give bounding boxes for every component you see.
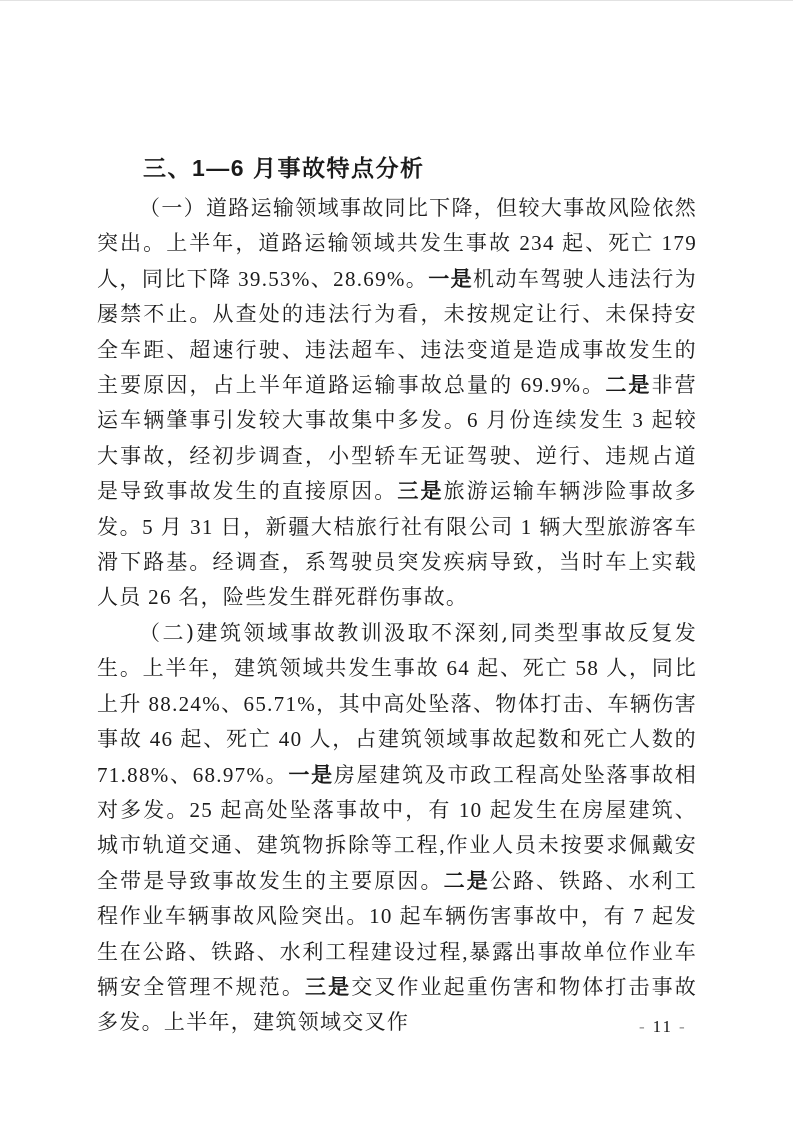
text-segment-bold: 二是: [605, 373, 651, 397]
text-segment-bold: 一是: [288, 763, 333, 787]
page-number-value: 11: [653, 1017, 673, 1036]
document-page: 三、1—6 月事故特点分析 （一）道路运输领域事故同比下降，但较大事故风险依然突…: [0, 0, 793, 1123]
page-number-dash-left: -: [633, 1017, 653, 1036]
section-heading: 三、1—6 月事故特点分析: [97, 145, 697, 191]
paragraph: （一）道路运输领域事故同比下降，但较大事故风险依然突出。上半年，道路运输领域共发…: [97, 191, 697, 616]
page-number-dash-right: -: [673, 1017, 693, 1036]
document-body: （一）道路运输领域事故同比下降，但较大事故风险依然突出。上半年，道路运输领域共发…: [97, 191, 697, 1041]
text-segment-bold: 三是: [305, 975, 351, 999]
text-segment-bold: 二是: [444, 869, 490, 893]
document-content: 三、1—6 月事故特点分析 （一）道路运输领域事故同比下降，但较大事故风险依然突…: [97, 145, 697, 1041]
page-number: -11-: [633, 1017, 693, 1037]
paragraph: （二)建筑领域事故教训汲取不深刻,同类型事故反复发生。上半年，建筑领域共发生事故…: [97, 616, 697, 1041]
text-segment-bold: 三是: [397, 479, 443, 503]
text-segment-bold: 一是: [428, 267, 473, 291]
